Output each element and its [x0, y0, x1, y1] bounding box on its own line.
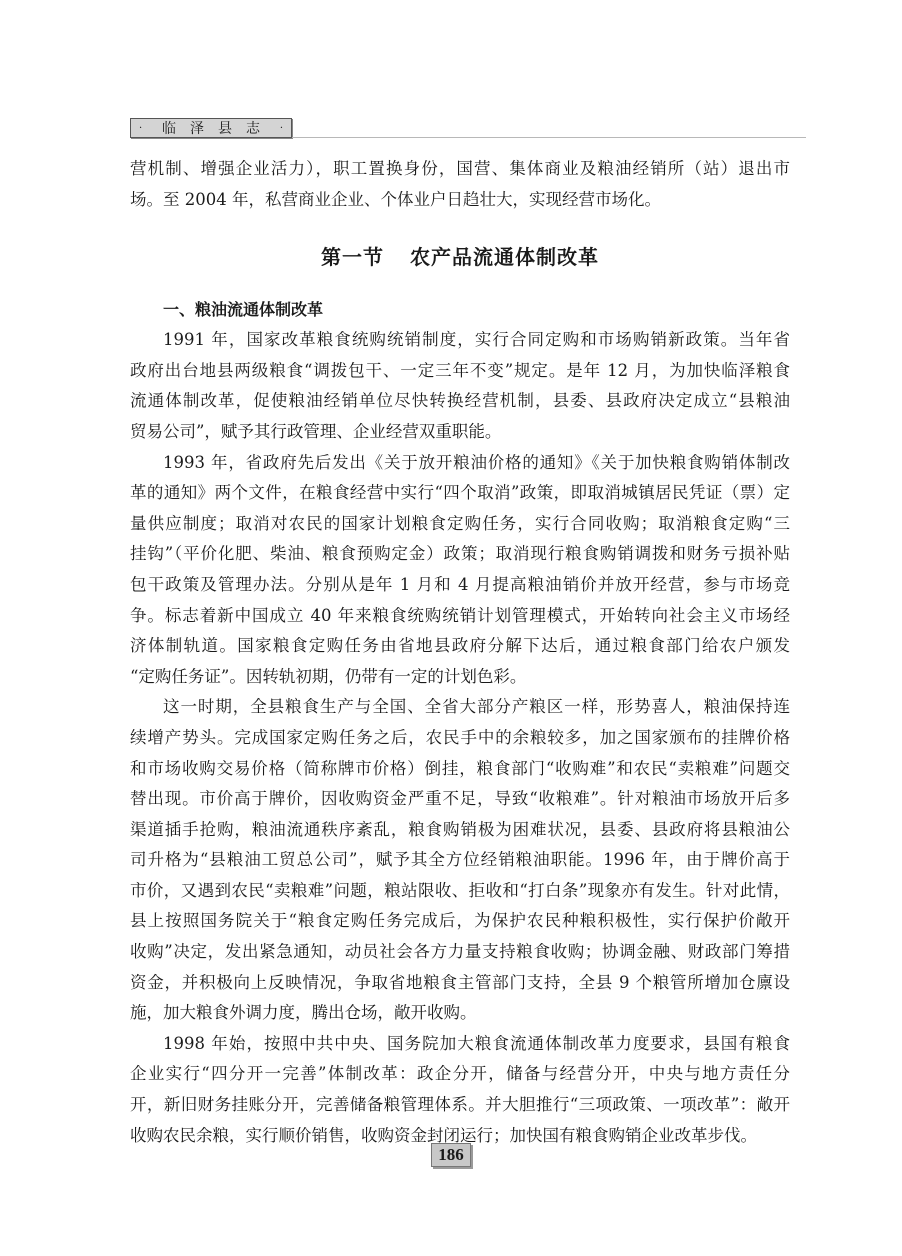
text-line: 1991 年，国家改革粮食统购统销制度，实行合同定购和市场购销新政策。当年省 — [130, 325, 790, 356]
paragraph-period: 这一时期，全县粮食生产与全国、全省大部分产粮区一样，形势喜人，粮油保持连 续增产… — [130, 692, 790, 1029]
text-line: 革的通知》两个文件，在粮食经营中实行“四个取消”政策，即取消城镇居民凭证（票）定 — [130, 478, 790, 509]
book-title-tag: · 临 泽 县 志 · — [130, 118, 292, 138]
text-line: 贸易公司”，赋予其行政管理、企业经营双重职能。 — [130, 417, 790, 448]
text-line: 渠道插手抢购，粮油流通秩序紊乱，粮食购销极为困难状况，县委、县政府将县粮油公 — [130, 815, 790, 846]
header-dot-right: · — [280, 123, 283, 134]
text-line: 资金，并积极向上反映情况，争取省地粮食主管部门支持，全县 9 个粮管所增加仓廪设 — [130, 968, 790, 999]
text-line: 争。标志着新中国成立 40 年来粮食统购统销计划管理模式，开始转向社会主义市场经 — [130, 601, 790, 632]
text-line: 开，新旧财务挂账分开，完善储备粮管理体系。并大胆推行“三项政策、一项改革”：敞开 — [130, 1090, 790, 1121]
text-line: 挂钩”（平价化肥、柴油、粮食预购定金）政策；取消现行粮食购销调拨和财务亏损补贴 — [130, 539, 790, 570]
book-title-char: 泽 — [190, 118, 204, 138]
book-title-char: 志 — [246, 118, 260, 138]
book-title-char: 县 — [218, 118, 232, 138]
text-line: 收购”决定，发出紧急通知，动员社会各方力量支持粮食收购；协调金融、财政部门筹措 — [130, 937, 790, 968]
text-line: 济体制轨道。国家粮食定购任务由省地县政府分解下达后，通过粮食部门给农户颁发 — [130, 631, 790, 662]
text-line: 流通体制改革，促使粮油经销单位尽快转换经营机制，县委、县政府决定成立“县粮油 — [130, 386, 790, 417]
text-line: 和市场收购交易价格（简称牌市价格）倒挂，粮食部门“收购难”和农民“卖粮难”问题交 — [130, 754, 790, 785]
text-line: 包干政策及管理办法。分别从是年 1 月和 4 月提高粮油销价并放开经营，参与市场… — [130, 570, 790, 601]
intro-paragraph: 营机制、增强企业活力），职工置换身份，国营、集体商业及粮油经销所（站）退出市 场… — [130, 154, 790, 215]
header-rule — [292, 137, 806, 138]
header-dot-left: · — [139, 123, 142, 134]
text-line: 续增产势头。完成国家定购任务之后，农民手中的余粮较多，加之国家颁布的挂牌价格 — [130, 723, 790, 754]
text-line: 政府出台地县两级粮食“调拨包干、一定三年不变”规定。是年 12 月，为加快临泽粮… — [130, 356, 790, 387]
text-line: 量供应制度；取消对农民的国家计划粮食定购任务，实行合同收购；取消粮食定购“三 — [130, 509, 790, 540]
text-line: 施，加大粮食外调力度，腾出仓场，敞开收购。 — [130, 998, 790, 1029]
text-line: 县上按照国务院关于“粮食定购任务完成后，为保护农民种粮积极性，实行保护价敞开 — [130, 906, 790, 937]
text-line: 替出现。市价高于牌价，因收购资金严重不足，导致“收粮难”。针对粮油市场放开后多 — [130, 784, 790, 815]
book-title-char: 临 — [162, 118, 176, 138]
text-line: 市价，又遇到农民“卖粮难”问题，粮站限收、拒收和“打白条”现象亦有发生。针对此情… — [130, 876, 790, 907]
running-header: · 临 泽 县 志 · — [130, 118, 806, 140]
paragraph-1998: 1998 年始，按照中共中央、国务院加大粮食流通体制改革力度要求，县国有粮食 企… — [130, 1029, 790, 1151]
text-line: 1998 年始，按照中共中央、国务院加大粮食流通体制改革力度要求，县国有粮食 — [130, 1029, 790, 1060]
text-line: 这一时期，全县粮食生产与全国、全省大部分产粮区一样，形势喜人，粮油保持连 — [130, 692, 790, 723]
paragraph-1993: 1993 年，省政府先后发出《关于放开粮油价格的通知》《关于加快粮食购销体制改 … — [130, 448, 790, 693]
text-line: 1993 年，省政府先后发出《关于放开粮油价格的通知》《关于加快粮食购销体制改 — [130, 448, 790, 479]
page-number: 186 — [431, 1143, 471, 1167]
book-title: 临 泽 县 志 — [162, 118, 260, 138]
text-line: 营机制、增强企业活力），职工置换身份，国营、集体商业及粮油经销所（站）退出市 — [130, 154, 790, 185]
section-title: 第一节农产品流通体制改革 — [130, 239, 790, 275]
text-line: 场。至 2004 年，私营商业企业、个体业户日趋壮大，实现经营市场化。 — [130, 185, 790, 216]
paragraph-1991: 1991 年，国家改革粮食统购统销制度，实行合同定购和市场购销新政策。当年省 政… — [130, 325, 790, 447]
text-line: 企业实行“四分开一完善”体制改革：政企分开，储备与经营分开，中央与地方责任分 — [130, 1059, 790, 1090]
text-line: 司升格为“县粮油工贸总公司”，赋予其全方位经销粮油职能。1996 年，由于牌价高… — [130, 845, 790, 876]
section-number: 第一节 — [321, 245, 384, 269]
subsection-heading: 一、粮油流通体制改革 — [130, 295, 790, 325]
page-body: 营机制、增强企业活力），职工置换身份，国营、集体商业及粮油经销所（站）退出市 场… — [130, 154, 790, 1151]
section-name: 农产品流通体制改革 — [410, 245, 599, 269]
text-line: “定购任务证”。因转轨初期，仍带有一定的计划色彩。 — [130, 662, 790, 693]
